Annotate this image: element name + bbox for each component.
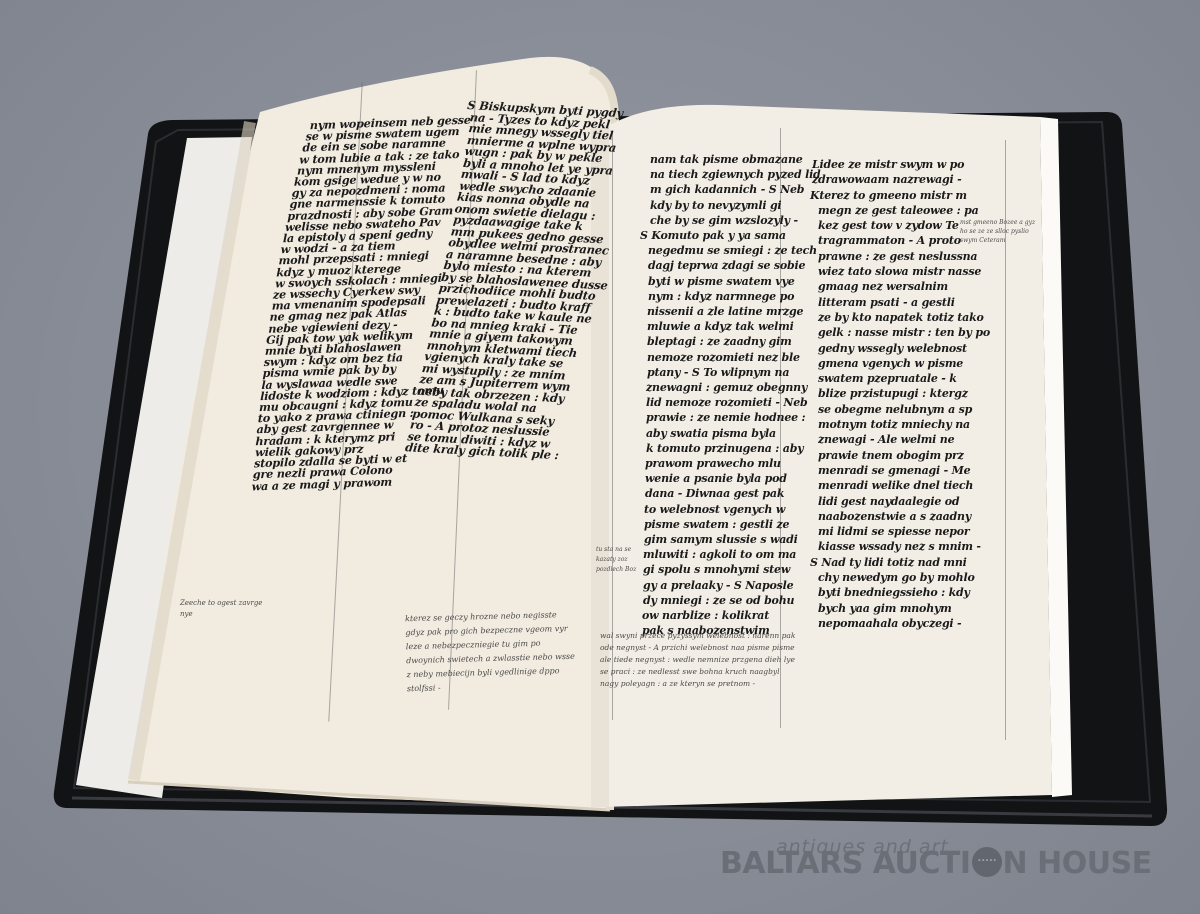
text-line: lidi gest naydaalegie od: [818, 494, 990, 509]
text-line: gi spolu s mnohymi stew: [643, 562, 821, 577]
text-line: nym : kdyz narmnege po: [648, 289, 821, 304]
text-line: litteram psati - a gestli: [818, 295, 990, 310]
text-line: che by se gim wzslozyly -: [650, 213, 821, 228]
note-line: kazaty zoz: [596, 555, 636, 565]
text-line: Lidee ze mistr swym w po: [812, 157, 990, 172]
text-line: nepomaahala obyczegi -: [818, 616, 990, 631]
text-line: gy a prelaaky - S Naposle: [643, 578, 821, 593]
text-line: aby swatia pisma byla: [646, 426, 821, 441]
text-line: ze by kto napatek totiz tako: [818, 310, 990, 325]
text-line: dana - Diwnaa gest pak: [645, 486, 821, 501]
footnote-line: wal swyni przece pyzyssym welebnost : na…: [600, 630, 795, 642]
text-line: prawom prawecho mlu: [645, 456, 821, 471]
text-line: nam tak pisme obmazane: [650, 152, 821, 167]
text-line: na tiech zgiewnych pyzed lid: [650, 167, 821, 182]
text-line: wiez tato slowa mistr nasse: [818, 264, 990, 279]
text-line: swatem pzepruatale - k: [818, 371, 990, 386]
text-line: ow narblize : kolikrat: [642, 608, 821, 623]
text-line: gedny wssegly welebnost: [818, 341, 990, 356]
text-line: gmaag nez wersalnim: [818, 279, 990, 294]
note-line: pozdiech Boz: [596, 565, 636, 575]
text-line: nissenii a zle latine mrzge: [647, 304, 821, 319]
right-footnote: wal swyni przece pyzyssym welebnost : na…: [600, 630, 795, 690]
note-line: nye: [180, 609, 262, 620]
footnote-line: nagy poleyagn : a ze kteryn se pretnom -: [600, 678, 795, 690]
text-line: pisme swatem : gestli ze: [644, 517, 821, 532]
text-line: mluwiti : agkoli to om ma: [643, 547, 821, 562]
text-line: kiasse wssady nez s mnim -: [818, 539, 990, 554]
text-line: dy mniegi : ze se od bohu: [643, 593, 821, 608]
right-margin-note: mst gmeeno Bozee a gyz ho se ze ze slloc…: [960, 218, 1035, 245]
text-line: S Komuto pak y ya sama: [640, 228, 821, 243]
text-line: kdy by to nevyzymli gi: [650, 198, 821, 213]
text-line: S Nad ty lidi totiz nad mni: [810, 555, 990, 570]
text-line: mluwie a kdyz tak welmi: [647, 319, 821, 334]
text-line: megn ze gest taleowee : pa: [818, 203, 990, 218]
note-line: swym Ceteram: [960, 236, 1035, 245]
note-line: ho se ze ze slloc pyslio: [960, 227, 1035, 236]
text-line: dagj teprwa zdagi se sobie: [648, 258, 821, 273]
text-line: naabozenstwie a s zaadny: [818, 509, 990, 524]
right-column-1-text: nam tak pisme obmazane na tiech zgiewnyc…: [620, 152, 821, 639]
text-line: ptany - S To wlipnym na: [647, 365, 821, 380]
text-line: gmena vgenych w pisme: [818, 356, 990, 371]
text-line: menradi se gmenagi - Me: [818, 463, 990, 478]
text-line: mi lidmi se spiesse nepor: [818, 524, 990, 539]
text-line: byti bnedniegssieho : kdy: [818, 585, 990, 600]
text-line: blize przistupugi : ktergz: [818, 386, 990, 401]
text-line: prawie tnem obogim prz: [818, 448, 990, 463]
text-line: gim samym slussie s wadi: [644, 532, 821, 547]
text-line: negedmu se smiegi : ze tech: [648, 243, 821, 258]
text-line: znewagni : gemuz obegnny: [646, 380, 821, 395]
text-line: byti w pisme swatem vye: [648, 274, 821, 289]
note-line: tu sta na se: [596, 545, 636, 555]
text-line: chy newedym go by mohlo: [818, 570, 990, 585]
text-line: to welebnost vgenych w: [644, 502, 821, 517]
text-line: zdrawowaam nazrewagi -: [812, 172, 990, 187]
text-line: prawne : ze gest neslussna: [818, 249, 990, 264]
left-footnote: kterez se geczy hrozne nebo negisste gdy…: [405, 608, 576, 696]
text-line: bleptagi : ze zaadny gim: [647, 334, 821, 349]
text-line: m gich kadannich - S Neb: [650, 182, 821, 197]
text-line: k tomuto przinugena : aby: [646, 441, 821, 456]
left-margin-note: Zeeche to ogest zavrge nye: [180, 598, 262, 619]
text-line: nemoze rozomieti nez ble: [647, 350, 821, 365]
footnote-line: se praci : ze nedlesst swe bohna kruch n…: [600, 666, 795, 678]
text-line: prawie : ze nemie hodnee :: [646, 410, 821, 425]
text-line: lid nemoze rozomieti - Neb: [646, 395, 821, 410]
text-line: bych yaa gim mnohym: [818, 601, 990, 616]
text-line: znewagi - Ale welmi ne: [818, 432, 990, 447]
text-line: gelk : nasse mistr : ten by po: [818, 325, 990, 340]
note-line: mst gmeeno Bozee a gyz: [960, 218, 1035, 227]
note-line: Zeeche to ogest zavrge: [180, 598, 262, 609]
footnote-line: ode negnyst - A przichi welebnost naa pi…: [600, 642, 795, 654]
footnote-line: ale tiede negnyst : wedle nemnize przgen…: [600, 654, 795, 666]
text-line: wenie a psanie byla pod: [645, 471, 821, 486]
text-line: menradi welike dnel tiech: [818, 478, 990, 493]
text-line: Kterez to gmeeno mistr m: [810, 188, 990, 203]
text-line: motnym totiz mniechy na: [818, 417, 990, 432]
right-left-margin-note: tu sta na se kazaty zoz pozdiech Boz: [596, 545, 636, 575]
text-line: se obegme nelubnym a sp: [818, 402, 990, 417]
